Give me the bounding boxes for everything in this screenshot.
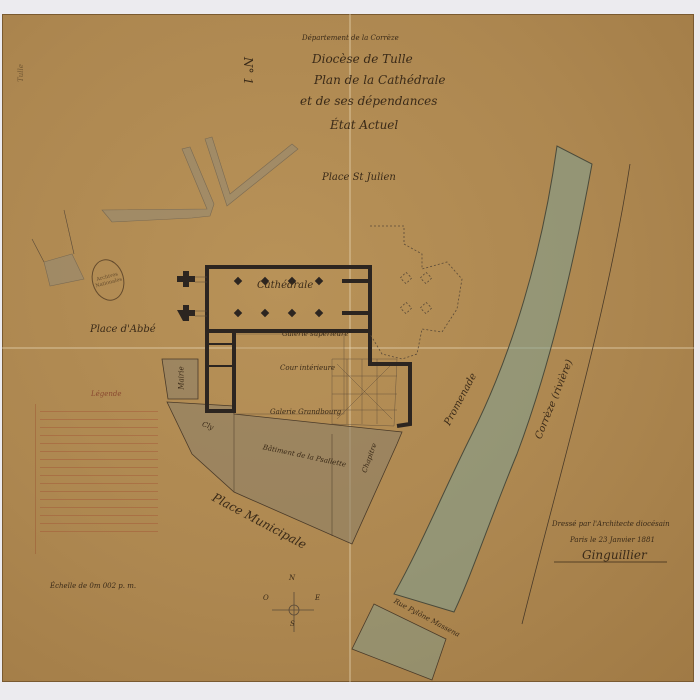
signature-line-2: Paris le 23 Janvier 1881 (570, 536, 655, 544)
legend-title: Légende (91, 390, 122, 398)
compass-north: N (289, 574, 295, 582)
signature: Ginguillier (582, 548, 647, 562)
margin-note: Tulle (17, 64, 25, 82)
title-plan: Plan de la Cathédrale (314, 73, 446, 87)
label-place-abbe: Place d'Abbé (90, 324, 156, 335)
label-small-building: Mairie (178, 366, 186, 389)
compass-west: O (263, 594, 269, 602)
compass-south: S (290, 620, 295, 628)
stamp-text: Archives Nationales (92, 270, 124, 289)
label-cour-interieure: Cour intérieure (280, 364, 335, 372)
compass-east: E (315, 594, 320, 602)
title-diocese: Diocèse de Tulle (312, 52, 413, 66)
label-galerie-superieure: Galerie supérieure (282, 330, 349, 338)
title-department: Département de la Corrèze (302, 34, 399, 42)
label-place-st-julien: Place St Julien (322, 172, 396, 183)
former-choir-outline (370, 226, 462, 359)
title-etat: État Actuel (330, 118, 398, 132)
title-dependances: et de ses dépendances (300, 94, 437, 108)
legend-block: Légende (35, 404, 166, 554)
plan-sheet: Département de la Corrèze Diocèse de Tul… (2, 14, 694, 682)
scale-label: Échelle de 0m 002 p. m. (50, 582, 136, 590)
street-fragments (44, 137, 298, 286)
label-galerie-grandbourg: Galerie Grandbourg (270, 408, 341, 416)
signature-line-1: Dressé par l'Architecte diocésain (552, 520, 670, 528)
label-cathedrale: Cathédrale (257, 280, 313, 291)
sheet-number: N° 1 (241, 57, 255, 85)
